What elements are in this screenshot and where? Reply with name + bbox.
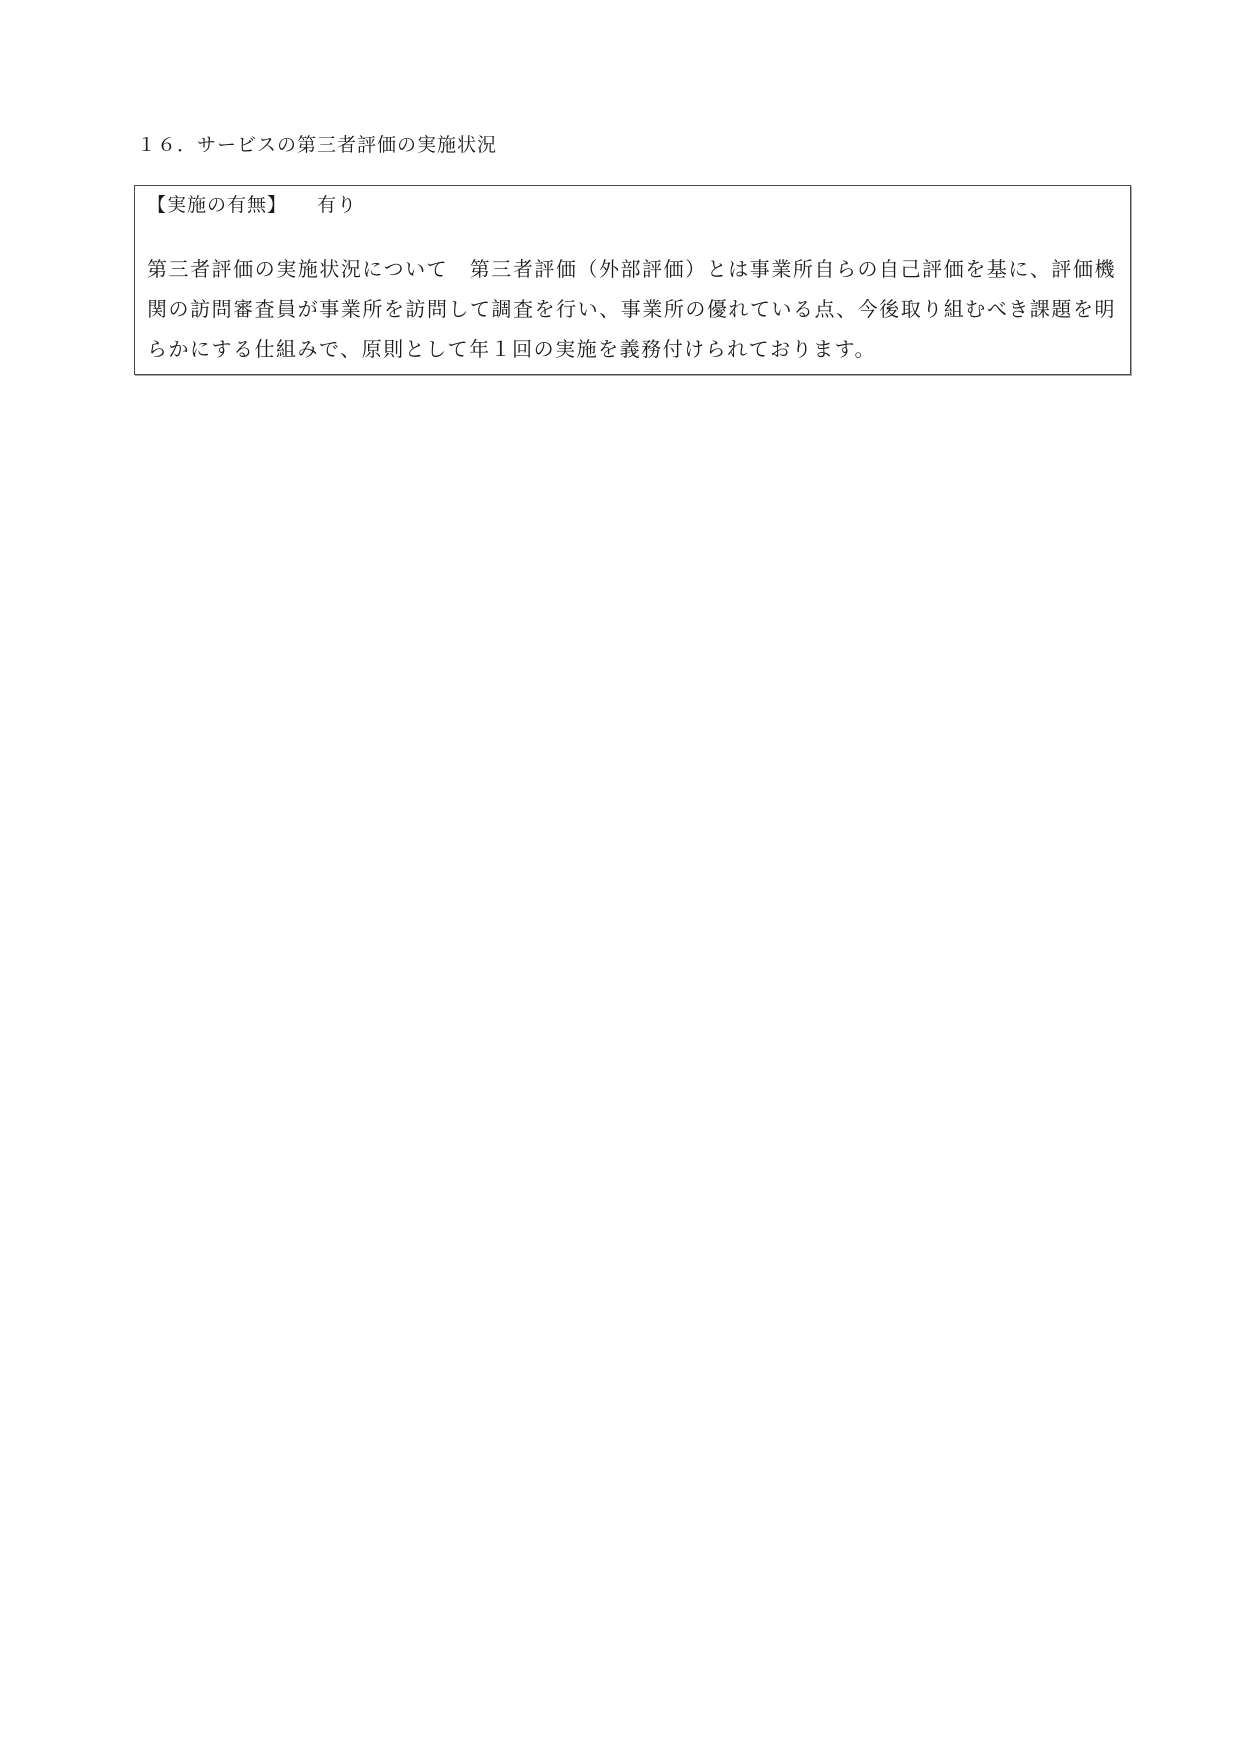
implementation-status-label: 【実施の有無】 (147, 191, 287, 221)
third-party-evaluation-box: 【実施の有無】 有り 第三者評価の実施状況について 第三者評価（外部評価）とは事… (134, 185, 1131, 375)
implementation-status-value: 有り (317, 191, 357, 221)
implementation-status-row: 【実施の有無】 有り (147, 191, 1116, 221)
document-page: １６．サービスの第三者評価の実施状況 【実施の有無】 有り 第三者評価の実施状況… (0, 0, 1241, 1755)
evaluation-description-paragraph: 第三者評価の実施状況について 第三者評価（外部評価）とは事業所自らの自己評価を基… (147, 250, 1116, 370)
section-heading: １６．サービスの第三者評価の実施状況 (137, 133, 497, 159)
